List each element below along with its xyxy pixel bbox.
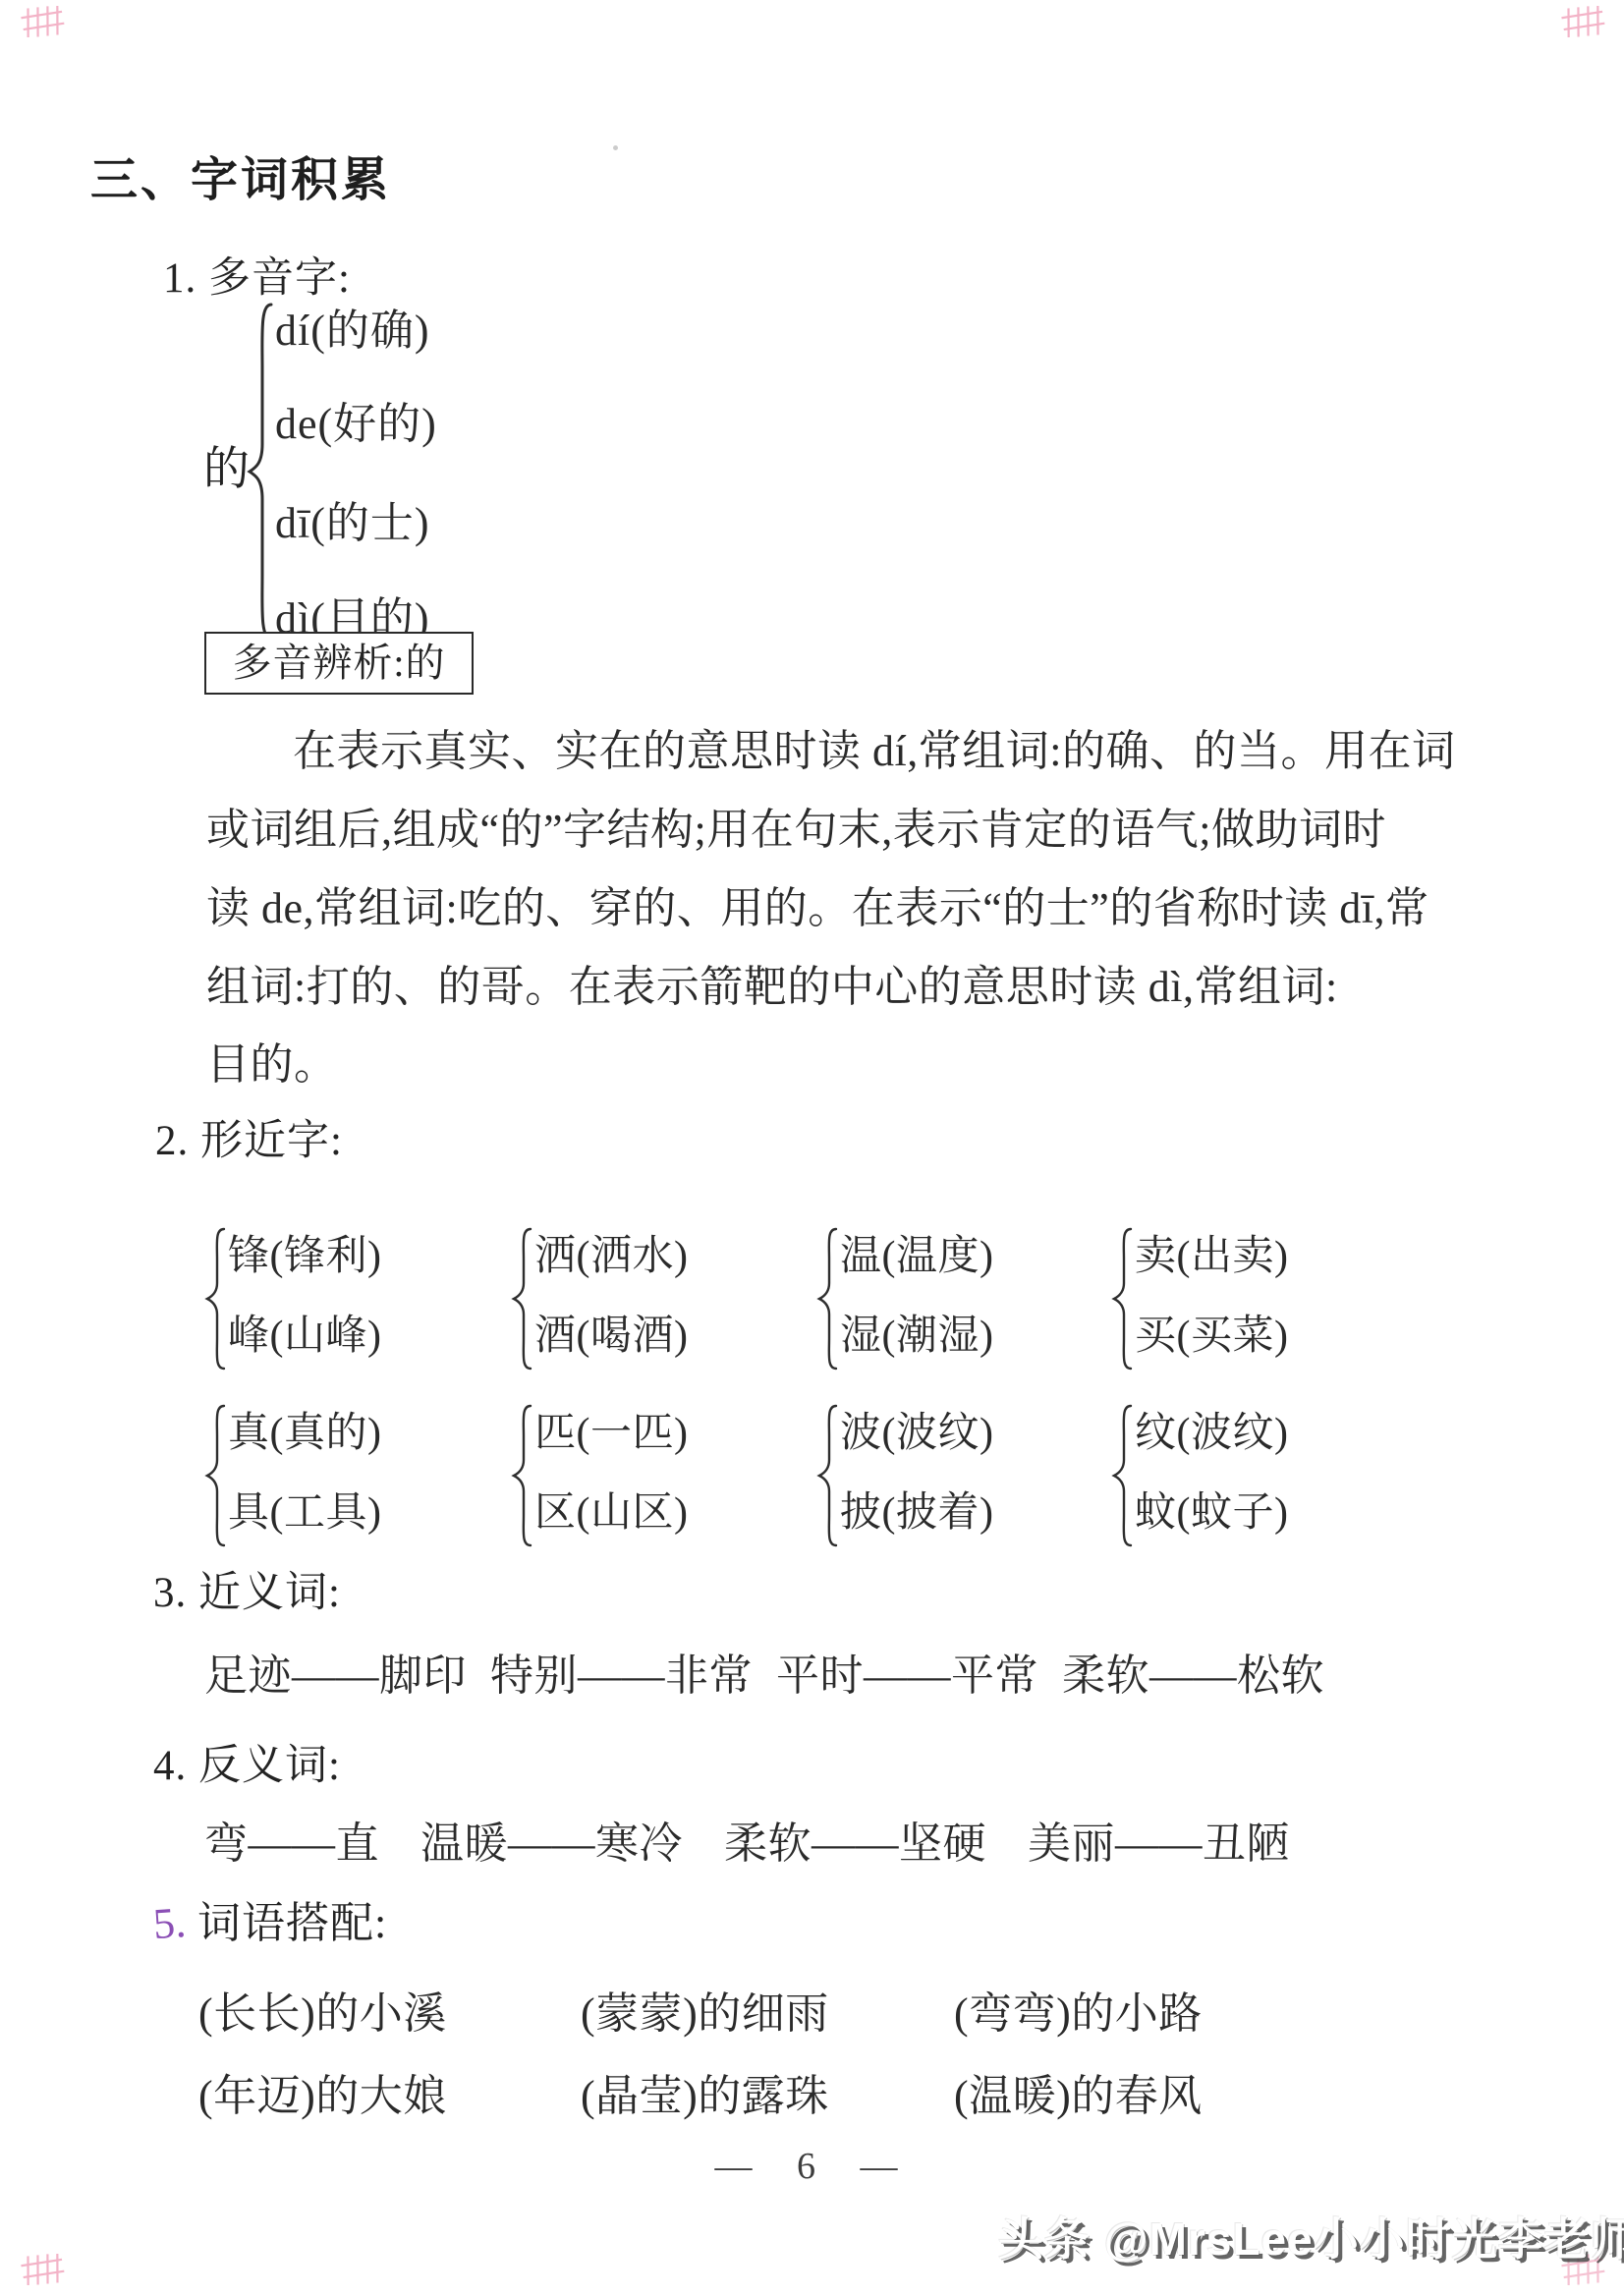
antonym-pair: 柔软——坚硬 bbox=[724, 1822, 986, 1866]
similar-char-pair: 温(温度) bbox=[840, 1236, 993, 1277]
watermark: 头条 @MrsLee小小时光李老师 bbox=[998, 2216, 1624, 2262]
curly-brace-icon bbox=[1111, 1226, 1133, 1372]
registration-mark-icon bbox=[1560, 6, 1605, 37]
similar-char-pair: 披(披着) bbox=[840, 1492, 993, 1534]
collocation-item: (长长)的小溪 bbox=[198, 1992, 447, 2036]
curly-brace-icon bbox=[246, 301, 273, 643]
similar-char-pair: 区(山区) bbox=[534, 1492, 688, 1534]
synonym-pair: 足迹——脚印 bbox=[204, 1654, 467, 1698]
paragraph-line: 或词组后,组成“的”字结构;用在句末,表示肯定的语气;做助词时 bbox=[206, 809, 1386, 852]
synonym-pair: 柔软——松软 bbox=[1062, 1654, 1324, 1698]
similar-char-pair: 湿(潮湿) bbox=[840, 1316, 993, 1357]
synonym-pair: 平时——平常 bbox=[776, 1654, 1038, 1698]
paragraph-line: 目的。 bbox=[206, 1043, 338, 1087]
curly-brace-icon bbox=[511, 1403, 532, 1548]
collocation-item: (晶莹)的露珠 bbox=[581, 2075, 829, 2118]
collocation-item: (弯弯)的小路 bbox=[954, 1992, 1203, 2036]
paragraph-line: 读 de,常组词:吃的、穿的、用的。在表示“的士”的省称时读 dī,常 bbox=[206, 887, 1429, 930]
section-heading-collocations: 5.词语搭配: bbox=[153, 1902, 387, 1945]
antonym-pair: 温暖——寒冷 bbox=[420, 1822, 683, 1866]
antonym-pair: 弯——直 bbox=[204, 1822, 379, 1866]
similar-char-pair: 峰(山峰) bbox=[228, 1316, 381, 1357]
curly-brace-icon bbox=[1111, 1403, 1133, 1548]
page-title: 三、字词积累 bbox=[90, 157, 391, 204]
page-number: — 6 — bbox=[0, 2148, 1624, 2185]
synonym-pairs-row: 足迹——脚印 特别——非常 平时——平常 柔软——松软 bbox=[204, 1654, 1324, 1698]
collocation-item: (年迈)的大娘 bbox=[198, 2075, 447, 2118]
reading-item: dí(的确) bbox=[275, 309, 430, 353]
collocation-item: (温暖)的春风 bbox=[954, 2075, 1203, 2118]
similar-char-pair: 锋(锋利) bbox=[228, 1236, 381, 1277]
antonym-pair: 美丽——丑陋 bbox=[1028, 1822, 1290, 1866]
scan-speck bbox=[613, 145, 618, 150]
similar-char-pair: 纹(波纹) bbox=[1135, 1413, 1288, 1454]
similar-char-pair: 洒(洒水) bbox=[534, 1236, 688, 1277]
similar-char-pair: 买(买菜) bbox=[1135, 1316, 1288, 1357]
curly-brace-icon bbox=[816, 1403, 838, 1548]
section-heading-polyphone: 1. 多音字: bbox=[163, 257, 351, 300]
similar-char-pair: 真(真的) bbox=[228, 1413, 381, 1454]
synonym-pair: 特别——非常 bbox=[490, 1654, 753, 1698]
reading-item: de(好的) bbox=[275, 403, 437, 446]
collocation-item: (蒙蒙)的细雨 bbox=[581, 1992, 829, 2036]
reading-item: dī(的士) bbox=[275, 502, 430, 545]
paragraph-line: 在表示真实、实在的意思时读 dí,常组词:的确、的当。用在词 bbox=[293, 730, 1455, 773]
registration-mark-icon bbox=[20, 6, 65, 37]
similar-char-pair: 具(工具) bbox=[228, 1492, 381, 1534]
curly-brace-icon bbox=[511, 1226, 532, 1372]
analysis-box-label: 多音辨析:的 bbox=[204, 632, 474, 695]
antonym-pairs-row: 弯——直 温暖——寒冷 柔软——坚硬 美丽——丑陋 bbox=[204, 1822, 1290, 1866]
similar-char-pair: 蚊(蚊子) bbox=[1135, 1492, 1288, 1534]
section-heading-collocations-text: 词语搭配: bbox=[197, 1899, 387, 1947]
similar-char-pair: 卖(出卖) bbox=[1135, 1236, 1288, 1277]
section-heading-synonyms: 3. 近义词: bbox=[153, 1572, 341, 1614]
polyphone-base-char: 的 bbox=[203, 447, 250, 493]
paragraph-line: 组词:打的、的哥。在表示箭靶的中心的意思时读 dì,常组词: bbox=[206, 966, 1338, 1009]
scanned-worksheet-page: { "colors": { "text": "#262626", "handwr… bbox=[0, 0, 1624, 2296]
section-heading-antonyms: 4. 反义词: bbox=[153, 1745, 341, 1787]
section-heading-similar-chars: 2. 形近字: bbox=[155, 1120, 343, 1162]
similar-char-pair: 匹(一匹) bbox=[534, 1413, 688, 1454]
registration-mark-icon bbox=[20, 2254, 65, 2285]
similar-char-pair: 酒(喝酒) bbox=[534, 1316, 688, 1357]
curly-brace-icon bbox=[204, 1226, 226, 1372]
curly-brace-icon bbox=[204, 1403, 226, 1548]
handwritten-section-number: 5. bbox=[152, 1901, 188, 1946]
similar-char-pair: 波(波纹) bbox=[840, 1413, 993, 1454]
curly-brace-icon bbox=[816, 1226, 838, 1372]
